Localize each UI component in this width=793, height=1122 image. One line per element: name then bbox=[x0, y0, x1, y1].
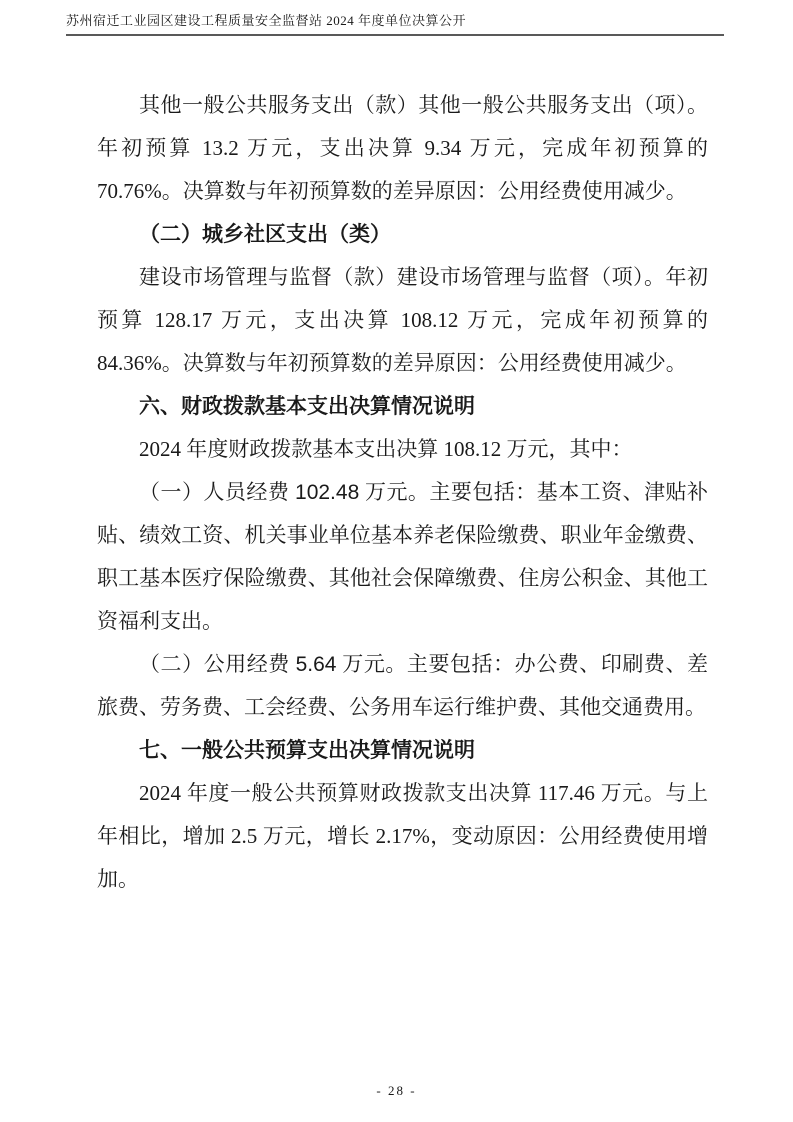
document-body: 其他一般公共服务支出（款）其他一般公共服务支出（项）。年初预算 13.2 万元，… bbox=[97, 84, 708, 901]
document-page: 苏州宿迁工业园区建设工程质量安全监督站 2024 年度单位决算公开 其他一般公共… bbox=[0, 0, 793, 1122]
page-header: 苏州宿迁工业园区建设工程质量安全监督站 2024 年度单位决算公开 bbox=[66, 12, 724, 36]
page-footer: - 28 - bbox=[0, 1082, 793, 1100]
public-funds-amount: 5.64 bbox=[296, 653, 337, 676]
heading-urban-rural-community-expenditure: （二）城乡社区支出（类） bbox=[97, 213, 708, 256]
personnel-funds-text-lead: （一）人员经费 bbox=[139, 480, 295, 504]
paragraph-construction-market-supervision: 建设市场管理与监督（款）建设市场管理与监督（项）。年初预算 128.17 万元，… bbox=[97, 256, 708, 385]
public-funds-text-lead: （二）公用经费 bbox=[139, 652, 296, 676]
paragraph-other-general-public-services: 其他一般公共服务支出（款）其他一般公共服务支出（项）。年初预算 13.2 万元，… bbox=[97, 84, 708, 213]
paragraph-personnel-funds: （一）人员经费 102.48 万元。主要包括：基本工资、津贴补贴、绩效工资、机关… bbox=[97, 471, 708, 643]
paragraph-public-funds: （二）公用经费 5.64 万元。主要包括：办公费、印刷费、差旅费、劳务费、工会经… bbox=[97, 643, 708, 729]
header-title: 苏州宿迁工业园区建设工程质量安全监督站 2024 年度单位决算公开 bbox=[66, 12, 724, 29]
heading-section-7-general-public-budget: 七、一般公共预算支出决算情况说明 bbox=[97, 729, 708, 772]
page-number: - 28 - bbox=[376, 1083, 416, 1098]
heading-section-6-basic-expenditure: 六、财政拨款基本支出决算情况说明 bbox=[97, 385, 708, 428]
personnel-funds-amount: 102.48 bbox=[295, 481, 359, 504]
paragraph-basic-expenditure-total: 2024 年度财政拨款基本支出决算 108.12 万元，其中： bbox=[97, 428, 708, 471]
paragraph-general-public-budget-expenditure: 2024 年度一般公共预算财政拨款支出决算 117.46 万元。与上年相比，增加… bbox=[97, 772, 708, 901]
